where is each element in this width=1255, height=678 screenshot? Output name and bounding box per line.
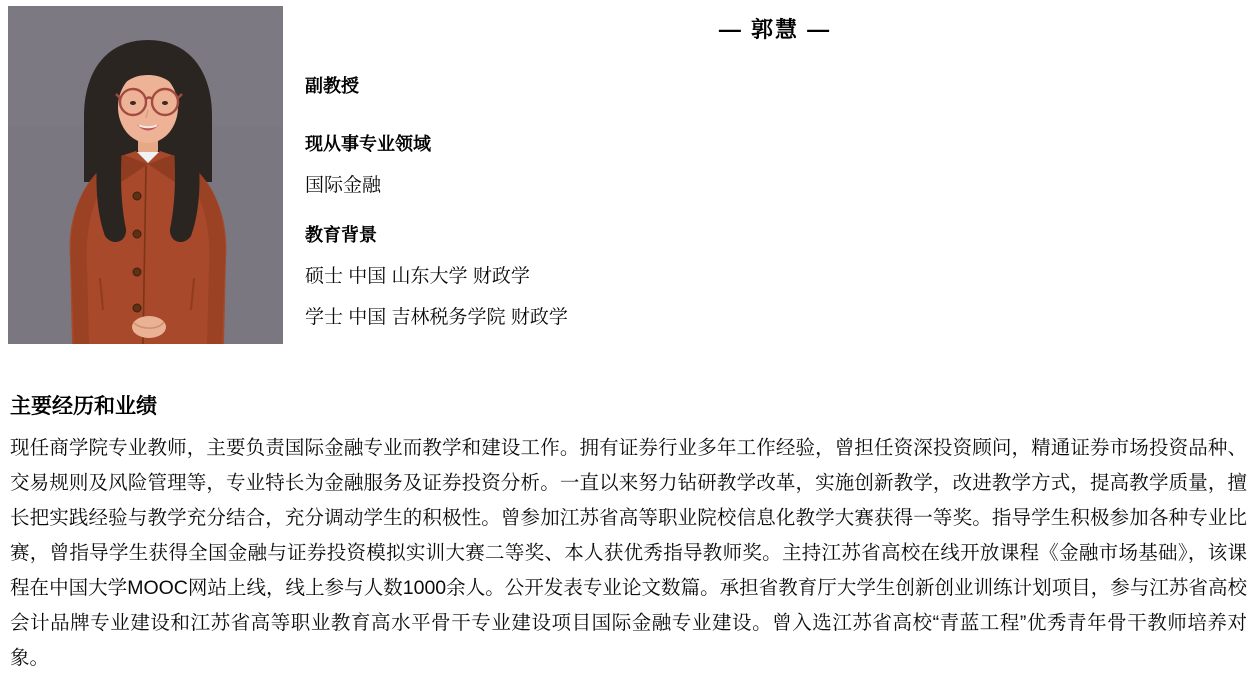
field-label: 现从事专业领域 (305, 133, 1245, 155)
education-item-master: 硕士 中国 山东大学 财政学 (305, 265, 1245, 288)
portrait-illustration (8, 6, 283, 344)
bio-section: 主要经历和业绩 现任商学院专业教师，主要负责国际金融专业而教学和建设工作。拥有证… (0, 393, 1255, 676)
page-title: — 郭慧 — (305, 13, 1245, 44)
job-title: 副教授 (305, 75, 1245, 97)
bio-heading: 主要经历和业绩 (10, 393, 1247, 420)
faculty-profile-page: — 郭慧 — 副教授 现从事专业领域 国际金融 教育背景 硕士 中国 山东大学 … (0, 0, 1255, 678)
profile-info: — 郭慧 — 副教授 现从事专业领域 国际金融 教育背景 硕士 中国 山东大学 … (305, 0, 1245, 329)
education-label: 教育背景 (305, 224, 1245, 246)
education-item-bachelor: 学士 中国 吉林税务学院 财政学 (305, 306, 1245, 329)
profile-header-section: — 郭慧 — 副教授 现从事专业领域 国际金融 教育背景 硕士 中国 山东大学 … (0, 0, 1255, 362)
field-value: 国际金融 (305, 174, 1245, 197)
bio-text: 现任商学院专业教师，主要负责国际金融专业而教学和建设工作。拥有证券行业多年工作经… (10, 431, 1247, 676)
portrait-photo (8, 6, 283, 344)
